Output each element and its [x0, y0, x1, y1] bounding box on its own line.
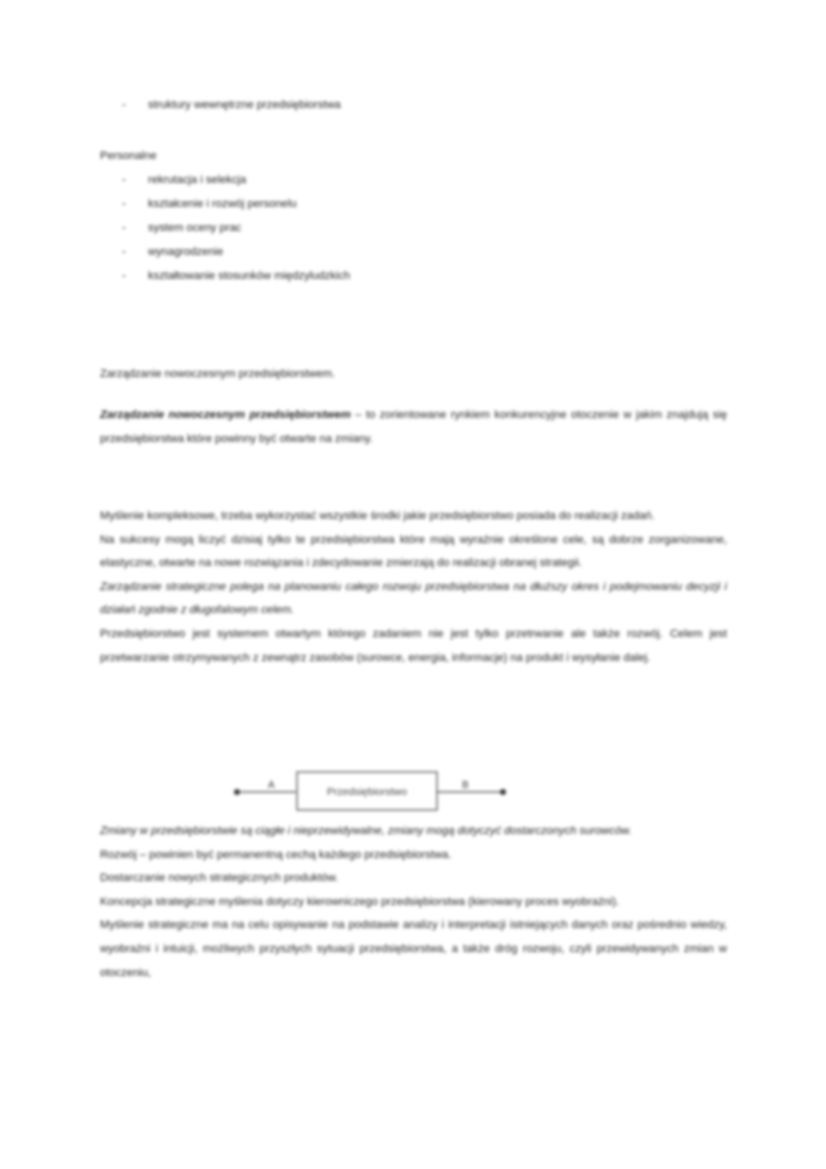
bullet-dash: - [122, 173, 148, 187]
paragraph: Myślenie strategiczne ma na celu opisywa… [100, 914, 727, 985]
paragraph: Zmiany w przedsiębiorstwie są ciągłe i n… [100, 820, 727, 844]
enterprise-box-label: Przedsiębiorstwo [327, 786, 407, 798]
output-label: B [462, 780, 469, 791]
document-page: -struktury wewnętrzne przedsiębiorstwa P… [0, 0, 826, 1169]
bullet-dash: - [122, 245, 148, 259]
paragraph: Myślenie kompleksowe, trzeba wykorzystać… [100, 505, 727, 529]
list-item: -struktury wewnętrzne przedsiębiorstwa [122, 98, 341, 112]
paragraph: Rozwój – powinien być permanentną cechą … [100, 844, 727, 868]
system-diagram: A Przedsiębiorstwo B [232, 766, 508, 816]
list-item: -kształcenie i rozwój personelu [122, 197, 297, 211]
paragraph: Zarządzanie strategiczne polega na plano… [100, 576, 727, 623]
bullet-dash: - [122, 269, 148, 283]
bullet-dash: - [122, 221, 148, 235]
list-item: -wynagrodzenie [122, 245, 223, 259]
list-item: -rekrutacja i selekcja [122, 173, 246, 187]
body-paragraphs-after: Zmiany w przedsiębiorstwie są ciągłe i n… [100, 820, 727, 985]
flow-diagram-svg: A Przedsiębiorstwo B [232, 766, 508, 816]
paragraph: Dostarczanie nowych strategicznych produ… [100, 867, 727, 891]
list-item-text: kształtowanie stosunków międzyludzkich [148, 270, 350, 282]
list-item-text: system oceny prac [148, 222, 241, 234]
bullet-dash: - [122, 98, 148, 112]
list-item-text: rekrutacja i selekcja [148, 174, 246, 186]
paragraph: Przedsiębiorstwo jest systemem otwartym … [100, 623, 727, 670]
list-item-text: kształcenie i rozwój personelu [148, 198, 297, 210]
list-item-text: wynagrodzenie [148, 246, 223, 258]
section-heading-personal: Personalne [100, 149, 157, 163]
list-item-text: struktury wewnętrzne przedsiębiorstwa [148, 99, 341, 111]
list-item: -kształtowanie stosunków międzyludzkich [122, 269, 350, 283]
body-paragraphs: Myślenie kompleksowe, trzeba wykorzystać… [100, 505, 727, 670]
definition-paragraph: Zarządzanie nowoczesnym przedsiębiorstwe… [100, 404, 727, 451]
input-label: A [268, 780, 275, 791]
paragraph: Koncepcja strategiczne myślenia dotyczy … [100, 891, 727, 915]
bullet-dash: - [122, 197, 148, 211]
section-title: Zarządzanie nowoczesnym przedsiębiorstwe… [100, 367, 335, 381]
definition-term: Zarządzanie nowoczesnym przedsiębiorstwe… [100, 409, 351, 421]
paragraph: Na sukcesy mogą liczyć dzisiaj tylko te … [100, 529, 727, 576]
list-item: -system oceny prac [122, 221, 241, 235]
output-endpoint-icon [500, 789, 506, 795]
